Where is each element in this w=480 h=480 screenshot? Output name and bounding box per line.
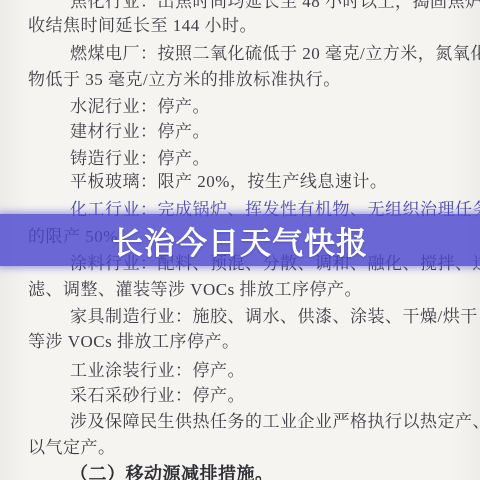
doc-line: 燃煤电厂：按照二氧化硫低于 20 毫克/立方米，氮氧化: [28, 44, 474, 64]
doc-line: 焦化行业：出焦时间均延长至 48 小时以上，捣固焦炉: [28, 0, 474, 12]
doc-line: 水泥行业：停产。: [28, 97, 474, 117]
doc-line: 滤、调整、灌装等涉 VOCs 排放工序停产。: [28, 280, 474, 300]
doc-line: 物低于 35 毫克/立方米的排放标准执行。: [28, 70, 474, 90]
doc-line: 铸造行业：停产。: [28, 149, 474, 169]
banner-title: 长治今日天气快报: [112, 218, 368, 263]
doc-section-heading: （二）移动源减排措施。: [28, 464, 474, 480]
weather-banner-overlay: 长治今日天气快报: [0, 214, 480, 266]
doc-line: 平板玻璃：限产 20%，按生产线息速计。: [28, 172, 474, 192]
doc-line: 工业涂装行业：停产。: [28, 361, 474, 381]
doc-line: 家具制造行业：施胶、调水、供漆、涂装、干燥/烘干: [28, 307, 474, 327]
doc-line: 收结焦时间延长至 144 小时。: [28, 16, 474, 36]
doc-line: 以气定产。: [28, 438, 474, 458]
doc-line: 等涉 VOCs 排放工序停产。: [28, 332, 474, 352]
doc-line: 涉及保障民生供热任务的工业企业严格执行以热定产、: [28, 412, 474, 432]
doc-line: 采石采砂行业：停产。: [28, 386, 474, 406]
scanned-document-page: 焦化行业：出焦时间均延长至 48 小时以上，捣固焦炉 收结焦时间延长至 144 …: [0, 0, 480, 480]
doc-line: 建材行业：停产。: [28, 122, 474, 142]
